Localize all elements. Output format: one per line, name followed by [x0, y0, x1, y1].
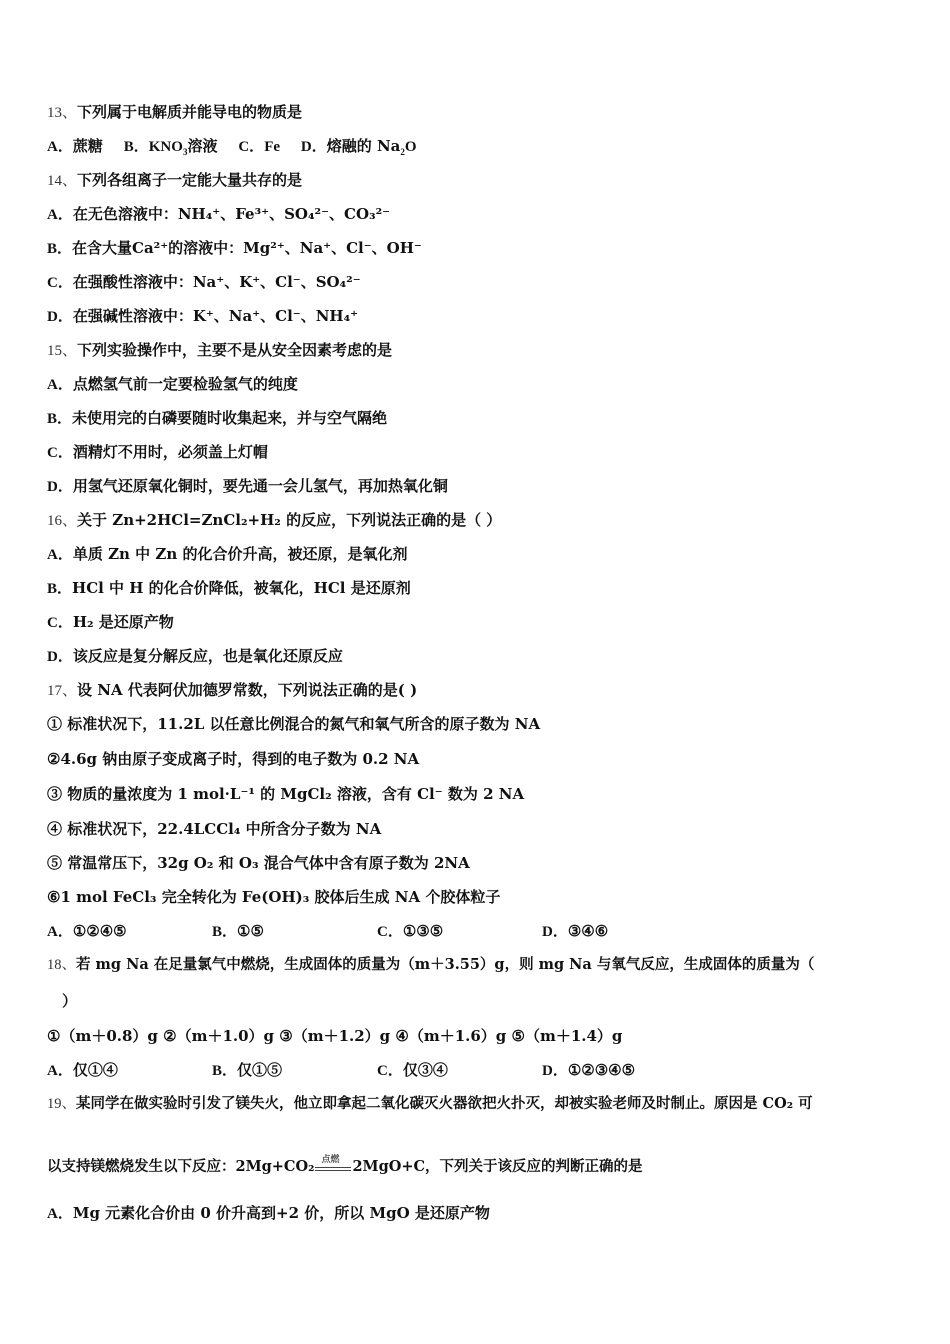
q13-option-d[interactable]: D．熔融的 Na2O	[301, 136, 417, 157]
q17-item-1: ① 标准状况下，11.2L 以任意比例混合的氮气和氧气所含的原子数为 NA	[47, 714, 540, 734]
q13-option-c[interactable]: C．Fe	[238, 136, 280, 157]
q18-choice-a[interactable]: A．仅①④	[47, 1060, 118, 1081]
q13-number: 13、	[47, 105, 77, 121]
q18-choice-d[interactable]: D．①②③④⑤	[542, 1060, 635, 1081]
reaction-condition-arrow: 点燃	[315, 1160, 351, 1174]
q13-option-a[interactable]: A．蔗糖	[47, 136, 103, 157]
q15-stem: 15、下列实验操作中，主要不是从安全因素考虑的是	[47, 340, 392, 361]
q13-stem-text: 下列属于电解质并能导电的物质是	[77, 103, 302, 121]
q17-stem: 17、设 NA 代表阿伏加德罗常数，下列说法正确的是( )	[47, 680, 417, 701]
q17-choice-d[interactable]: D．③④⑥	[542, 921, 608, 942]
q15-stem-text: 下列实验操作中，主要不是从安全因素考虑的是	[77, 341, 392, 359]
q16-option-d[interactable]: D．该反应是复分解反应，也是氧化还原反应	[47, 646, 343, 667]
q17-item-4: ④ 标准状况下，22.4LCCl₄ 中所含分子数为 NA	[47, 819, 381, 839]
q17-choice-c[interactable]: C．①③⑤	[377, 921, 443, 942]
q18-stem-close: ）	[62, 991, 77, 1011]
q19-stem-line1: 19、某同学在做实验时引发了镁失火，他立即拿起二氧化碳灭火器欲把火扑灭，却被实验…	[47, 1094, 813, 1114]
q14-stem: 14、下列各组离子一定能大量共存的是	[47, 170, 302, 191]
q17-item-3: ③ 物质的量浓度为 1 mol·L⁻¹ 的 MgCl₂ 溶液，含有 Cl⁻ 数为…	[47, 784, 524, 804]
q16-number: 16、	[47, 513, 77, 529]
q15-option-a[interactable]: A．点燃氢气前一定要检验氢气的纯度	[47, 374, 298, 395]
q14-option-b[interactable]: B．在含大量Ca²⁺的溶液中：Mg²⁺、Na⁺、Cl⁻、OH⁻	[47, 238, 422, 259]
q17-item-2: ②4.6g 钠由原子变成离子时，得到的电子数为 0.2 NA	[47, 749, 419, 769]
q17-choice-a[interactable]: A．①②④⑤	[47, 921, 127, 942]
q18-stem: 18、若 mg Na 在足量氯气中燃烧，生成固体的质量为（m＋3.55）g，则 …	[47, 955, 814, 975]
q19-number: 19、	[47, 1096, 76, 1112]
q16-stem-text: 关于 Zn+2HCl=ZnCl₂+H₂ 的反应，下列说法正确的是（ ）	[77, 511, 501, 529]
q14-stem-text: 下列各组离子一定能大量共存的是	[77, 171, 302, 189]
q16-option-a[interactable]: A．单质 Zn 中 Zn 的化合价升高，被还原，是氧化剂	[47, 544, 407, 565]
q17-item-5: ⑤ 常温常压下，32g O₂ 和 O₃ 混合气体中含有原子数为 2NA	[47, 853, 470, 873]
q16-option-c[interactable]: C．H₂ 是还原产物	[47, 612, 174, 633]
q14-option-d[interactable]: D．在强碱性溶液中：K⁺、Na⁺、Cl⁻、NH₄⁺	[47, 306, 358, 327]
q17-choice-b[interactable]: B．①⑤	[212, 921, 264, 942]
q16-stem: 16、关于 Zn+2HCl=ZnCl₂+H₂ 的反应，下列说法正确的是（ ）	[47, 510, 501, 531]
q17-stem-text: 设 NA 代表阿伏加德罗常数，下列说法正确的是( )	[77, 681, 417, 699]
q13-option-b[interactable]: B．KNO3溶液	[124, 136, 218, 157]
q19-stem-line2: 以支持镁燃烧发生以下反应：2Mg+CO₂点燃2MgO+C，下列关于该反应的判断正…	[47, 1157, 643, 1177]
q18-choice-c[interactable]: C．仅③④	[377, 1060, 448, 1081]
q14-option-a[interactable]: A．在无色溶液中：NH₄⁺、Fe³⁺、SO₄²⁻、CO₃²⁻	[47, 204, 390, 225]
q16-option-b[interactable]: B．HCl 中 H 的化合价降低，被氧化，HCl 是还原剂	[47, 578, 411, 599]
q14-option-c[interactable]: C．在强酸性溶液中：Na⁺、K⁺、Cl⁻、SO₄²⁻	[47, 272, 361, 293]
q19-stem-text: 某同学在做实验时引发了镁失火，他立即拿起二氧化碳灭火器欲把火扑灭，却被实验老师及…	[76, 1095, 813, 1112]
q15-number: 15、	[47, 343, 77, 359]
q18-choice-b[interactable]: B．仅①⑤	[212, 1060, 282, 1081]
q14-number: 14、	[47, 173, 77, 189]
q13-stem: 13、下列属于电解质并能导电的物质是	[47, 102, 302, 123]
q18-items: ①（m＋0.8）g ②（m＋1.0）g ③（m＋1.2）g ④（m＋1.6）g …	[47, 1026, 622, 1046]
q18-number: 18、	[47, 957, 76, 973]
q15-option-c[interactable]: C．酒精灯不用时，必须盖上灯帽	[47, 442, 268, 463]
q19-option-a[interactable]: A．Mg 元素化合价由 0 价升高到+2 价，所以 MgO 是还原产物	[47, 1203, 490, 1224]
q15-option-d[interactable]: D．用氢气还原氧化铜时，要先通一会儿氢气，再加热氧化铜	[47, 476, 448, 497]
q13-options: A．蔗糖 B．KNO3溶液 C．Fe D．熔融的 Na2O	[47, 136, 417, 157]
q18-stem-text: 若 mg Na 在足量氯气中燃烧，生成固体的质量为（m＋3.55）g，则 mg …	[76, 956, 814, 973]
q17-item-6: ⑥1 mol FeCl₃ 完全转化为 Fe(OH)₃ 胶体后生成 NA 个胶体粒…	[47, 887, 500, 907]
q15-option-b[interactable]: B．未使用完的白磷要随时收集起来，并与空气隔绝	[47, 408, 387, 429]
q17-number: 17、	[47, 683, 77, 699]
